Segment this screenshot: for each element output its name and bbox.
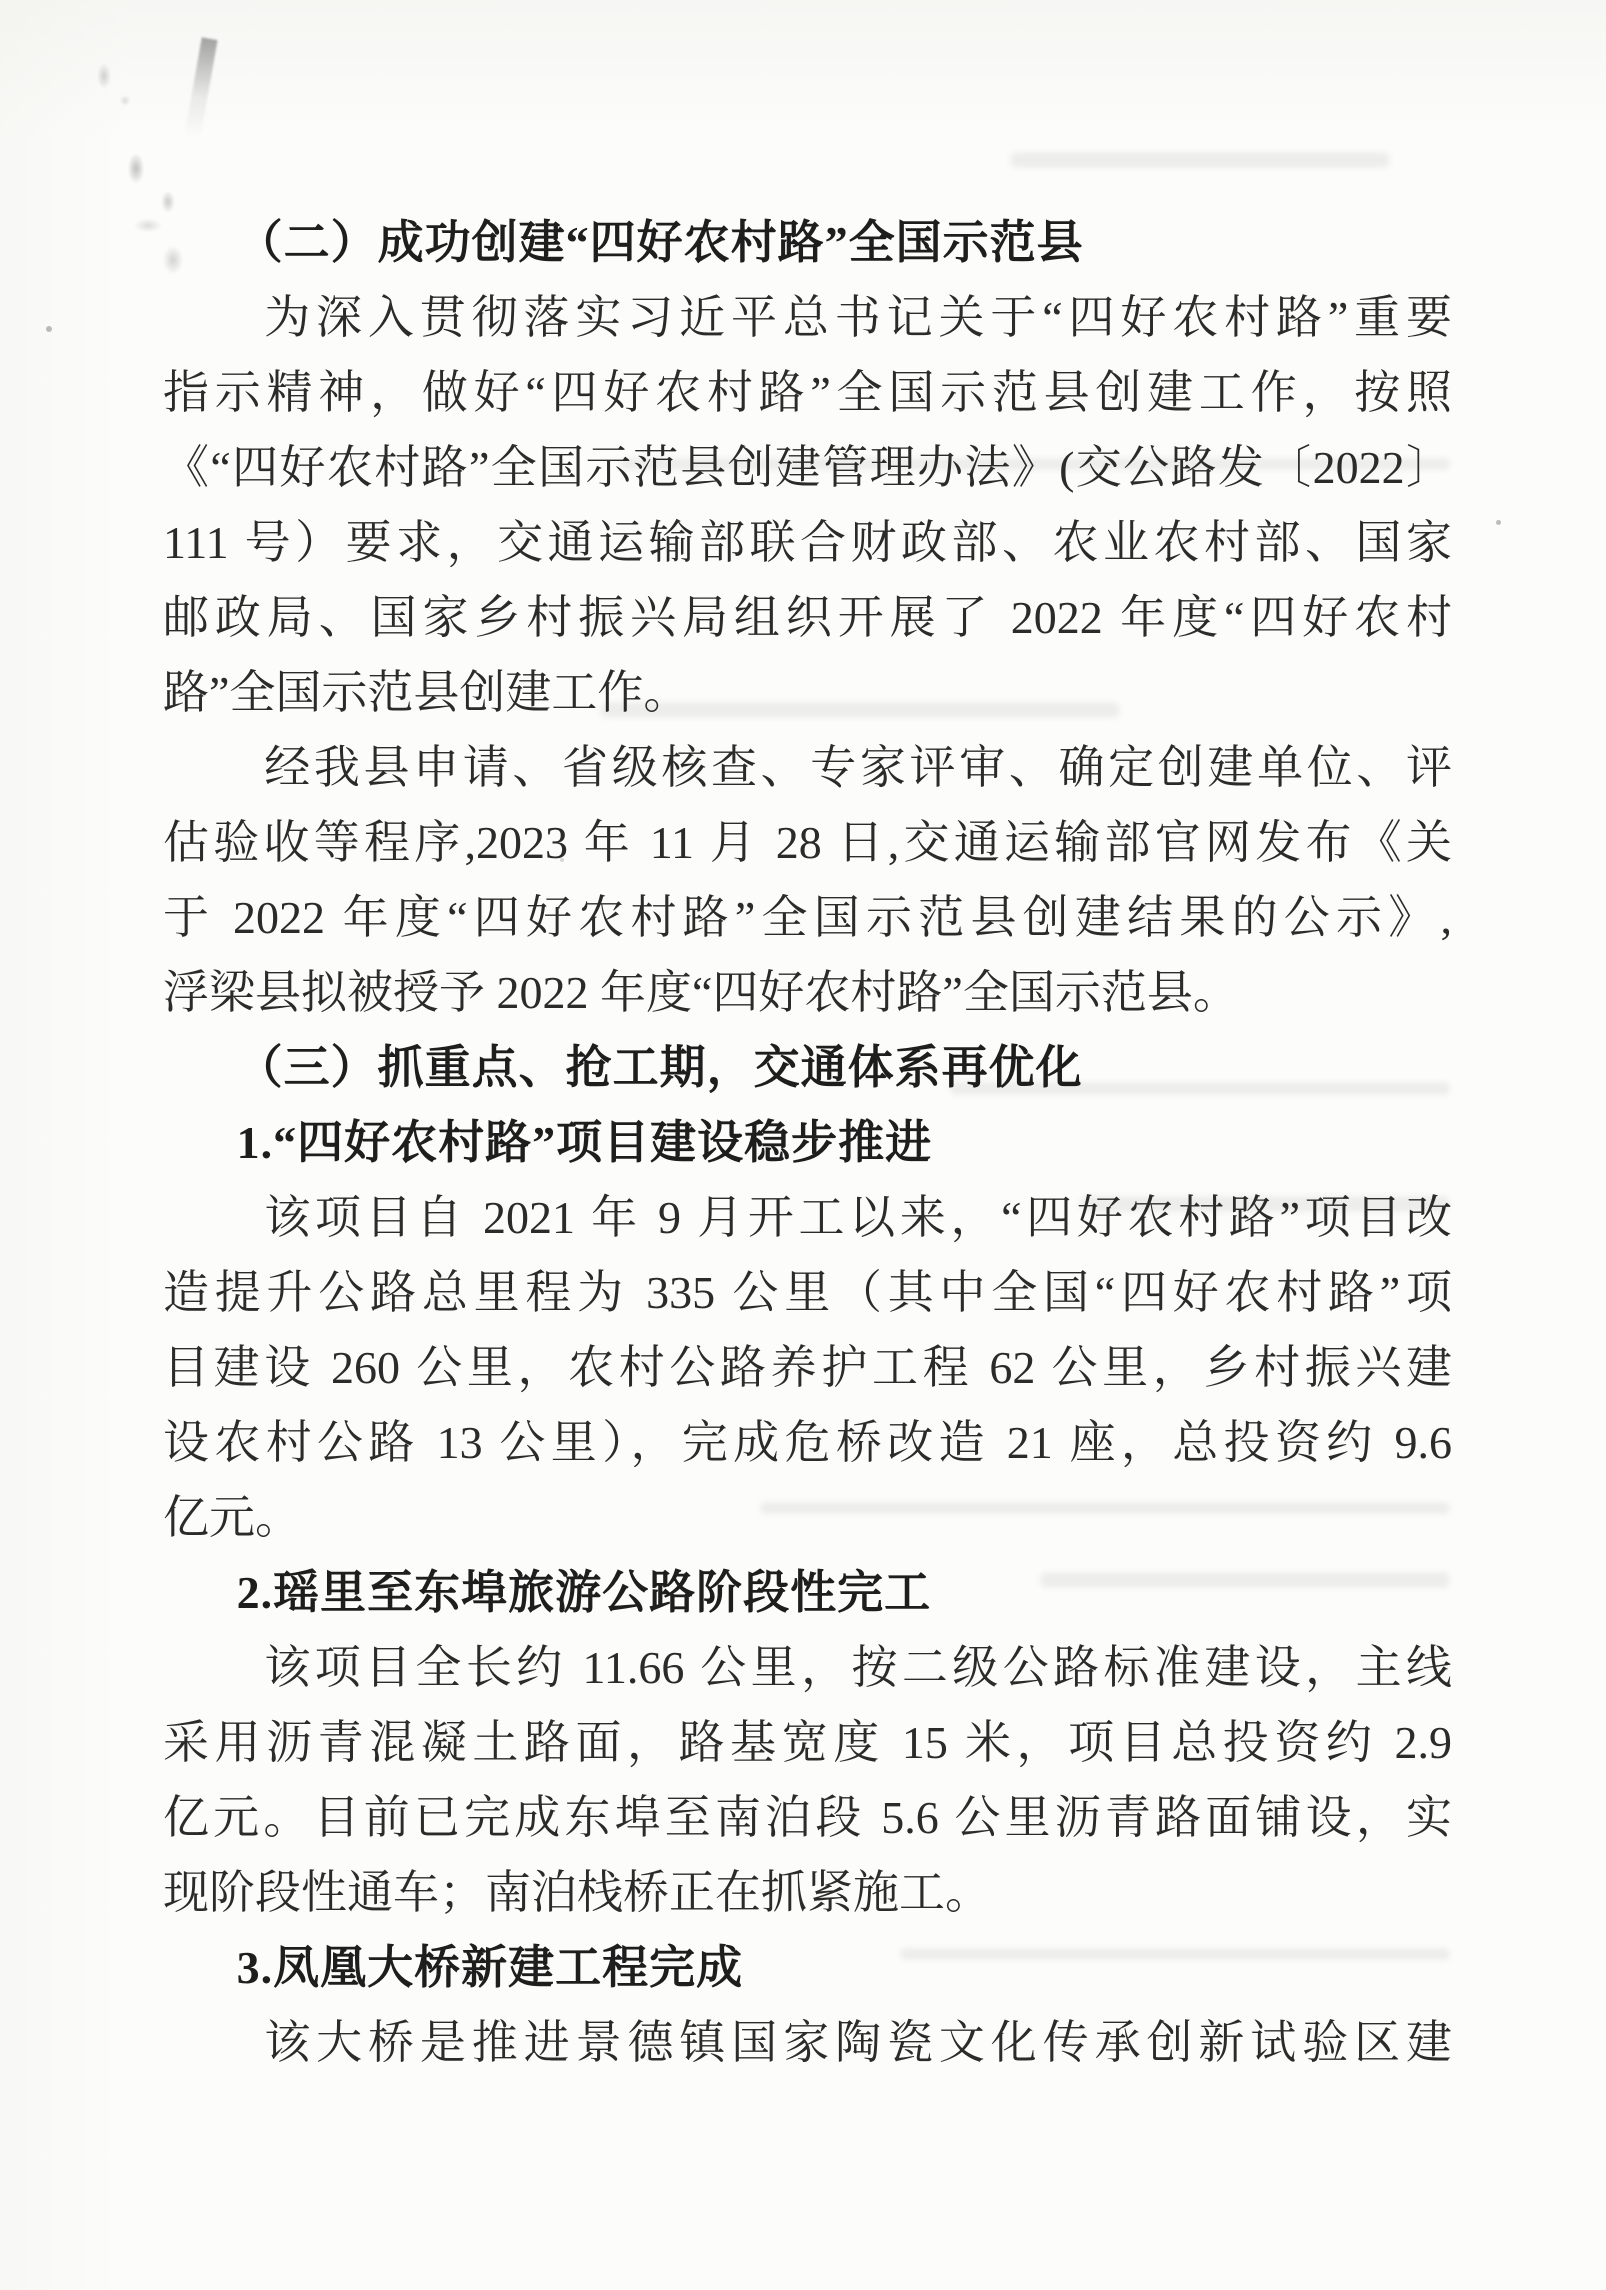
text-line: 浮梁县拟被授予 2022 年度“四好农村路”全国示范县。 bbox=[163, 955, 1452, 1030]
text-line: 路”全国示范县创建工作。 bbox=[163, 655, 1452, 730]
paragraph: 该项目自 2021 年 9 月开工以来，“四好农村路”项目改造提升公路总里程为 … bbox=[163, 1180, 1452, 1555]
section-heading: 3.凤凰大桥新建工程完成 bbox=[163, 1930, 1452, 2005]
text-line: 《“四好农村路”全国示范县创建管理办法》(交公路发〔2022〕 bbox=[163, 430, 1452, 505]
text-line: 亿元。 bbox=[163, 1480, 1452, 1555]
text-line: 邮政局、国家乡村振兴局组织开展了 2022 年度“四好农村 bbox=[163, 580, 1452, 655]
text-line: 该项目全长约 11.66 公里，按二级公路标准建设，主线 bbox=[163, 1630, 1452, 1705]
text-line: 于 2022 年度“四好农村路”全国示范县创建结果的公示》, bbox=[163, 880, 1452, 955]
section-heading: （三）抓重点、抢工期，交通体系再优化 bbox=[163, 1030, 1452, 1105]
section-heading: 1.“四好农村路”项目建设稳步推进 bbox=[163, 1105, 1452, 1180]
bleed-through-artifact bbox=[1010, 152, 1390, 168]
scan-artifact bbox=[80, 48, 140, 118]
text-line: 为深入贯彻落实习近平总书记关于“四好农村路”重要 bbox=[163, 280, 1452, 355]
scanned-document-page: （二）成功创建“四好农村路”全国示范县为深入贯彻落实习近平总书记关于“四好农村路… bbox=[0, 0, 1606, 2290]
paragraph: 为深入贯彻落实习近平总书记关于“四好农村路”重要指示精神，做好“四好农村路”全国… bbox=[163, 280, 1452, 730]
paragraph: 该项目全长约 11.66 公里，按二级公路标准建设，主线采用沥青混凝土路面，路基… bbox=[163, 1630, 1452, 1930]
paragraph: 该大桥是推进景德镇国家陶瓷文化传承创新试验区建 bbox=[163, 2005, 1452, 2080]
text-line: 造提升公路总里程为 335 公里（其中全国“四好农村路”项 bbox=[163, 1255, 1452, 1330]
text-line: 指示精神，做好“四好农村路”全国示范县创建工作，按照 bbox=[163, 355, 1452, 430]
text-line: 亿元。目前已完成东埠至南泊段 5.6 公里沥青路面铺设，实 bbox=[163, 1780, 1452, 1855]
paragraph: 经我县申请、省级核查、专家评审、确定创建单位、评估验收等程序,2023 年 11… bbox=[163, 730, 1452, 1030]
text-line: 估验收等程序,2023 年 11 月 28 日,交通运输部官网发布《关 bbox=[163, 805, 1452, 880]
text-line: 目建设 260 公里，农村公路养护工程 62 公里，乡村振兴建 bbox=[163, 1330, 1452, 1405]
text-line: 采用沥青混凝土路面，路基宽度 15 米，项目总投资约 2.9 bbox=[163, 1705, 1452, 1780]
text-line: 该项目自 2021 年 9 月开工以来，“四好农村路”项目改 bbox=[163, 1180, 1452, 1255]
section-heading: （二）成功创建“四好农村路”全国示范县 bbox=[163, 205, 1452, 280]
text-line: 现阶段性通车；南泊栈桥正在抓紧施工。 bbox=[163, 1855, 1452, 1930]
section-heading: 2.瑶里至东埠旅游公路阶段性完工 bbox=[163, 1555, 1452, 1630]
scan-speck bbox=[46, 326, 52, 332]
document-content: （二）成功创建“四好农村路”全国示范县为深入贯彻落实习近平总书记关于“四好农村路… bbox=[163, 205, 1452, 2080]
text-line: 111 号）要求，交通运输部联合财政部、农业农村部、国家 bbox=[163, 505, 1452, 580]
scan-speck bbox=[1496, 520, 1501, 525]
text-line: 设农村公路 13 公里），完成危桥改造 21 座，总投资约 9.6 bbox=[163, 1405, 1452, 1480]
text-line: 经我县申请、省级核查、专家评审、确定创建单位、评 bbox=[163, 730, 1452, 805]
scan-artifact bbox=[184, 37, 217, 138]
text-line: 该大桥是推进景德镇国家陶瓷文化传承创新试验区建 bbox=[163, 2005, 1452, 2080]
